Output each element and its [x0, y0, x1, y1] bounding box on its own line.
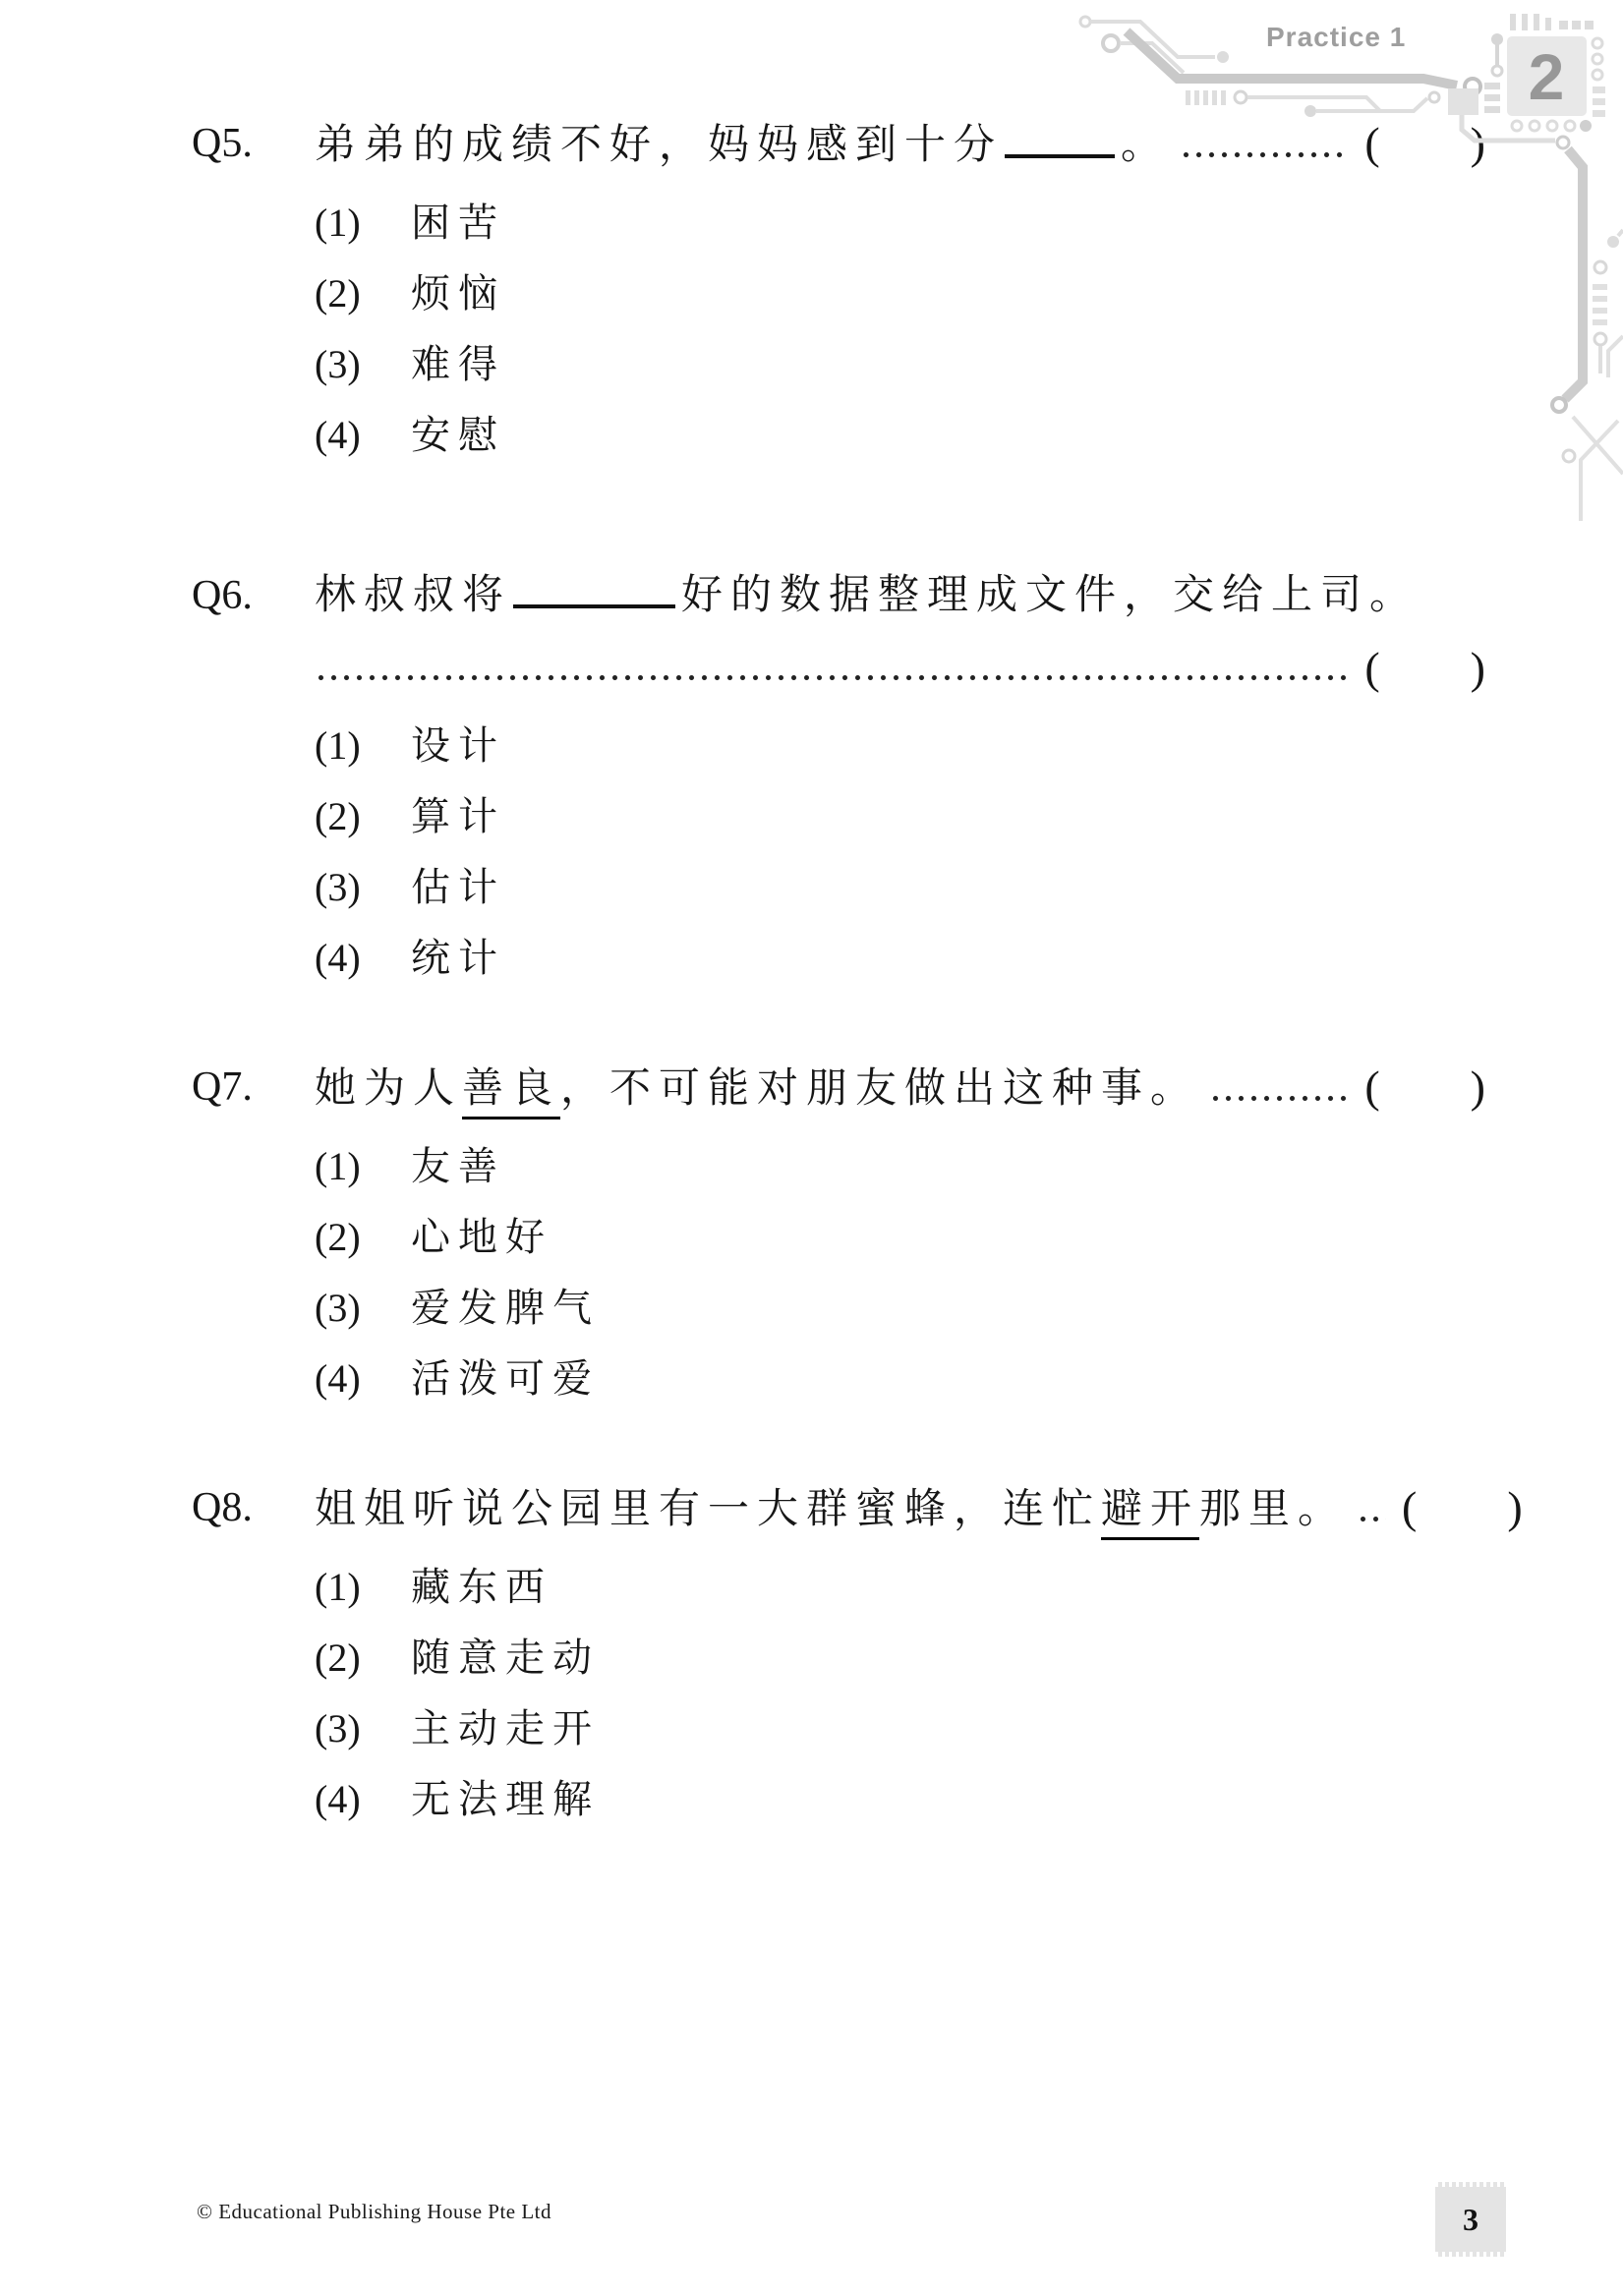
- underlined-word: 避开: [1101, 1487, 1199, 1540]
- option-row: (2) 算计: [315, 792, 1485, 841]
- question-label: Q5.: [192, 116, 315, 460]
- chip-icon: 2: [1484, 14, 1605, 132]
- option-number: (2): [315, 1634, 389, 1683]
- option-number: (3): [315, 1284, 389, 1333]
- option-row: (4) 无法理解: [315, 1775, 1485, 1824]
- option-text: 统计: [411, 934, 505, 983]
- option-row: (2) 随意走动: [315, 1634, 1485, 1683]
- option-number: (3): [315, 340, 389, 389]
- copyright-notice: © Educational Publishing House Pte Ltd: [197, 2200, 551, 2224]
- page-number: 3: [1463, 2202, 1478, 2238]
- option-number: (3): [315, 1704, 389, 1753]
- underlined-word: 善良: [462, 1066, 560, 1119]
- option-text: 烦恼: [411, 269, 505, 318]
- option-number: (1): [315, 1563, 389, 1612]
- option-text: 主动走开: [411, 1704, 600, 1753]
- option-number: (2): [315, 1213, 389, 1262]
- question-q6: Q6. 林叔叔将好的数据整理成文件，交给上司。 ( ) (1) 设计 (2) 算…: [0, 568, 1623, 983]
- option-text: 困苦: [411, 199, 505, 248]
- option-text: 友善: [411, 1142, 505, 1191]
- answer-paren-open: (: [1364, 641, 1379, 696]
- option-text: 爱发脾气: [411, 1284, 600, 1333]
- option-text: 心地好: [411, 1213, 552, 1262]
- option-row: (3) 爱发脾气: [315, 1284, 1485, 1333]
- option-text: 算计: [411, 792, 505, 841]
- option-number: (4): [315, 1775, 389, 1824]
- svg-text:2: 2: [1529, 40, 1565, 113]
- question-q8: Q8. 姐姐听说公园里有一大群蜜蜂，连忙避开那里。 ( ) (1) 藏东西 (2…: [0, 1480, 1623, 1824]
- question-text: 姐姐听说公园里有一大群蜜蜂，连忙避开那里。: [315, 1482, 1347, 1537]
- option-number: (2): [315, 269, 389, 318]
- option-row: (4) 统计: [315, 934, 1485, 983]
- option-number: (1): [315, 199, 389, 248]
- option-number: (4): [315, 1354, 389, 1404]
- option-text: 难得: [411, 340, 505, 389]
- option-row: (2) 心地好: [315, 1213, 1485, 1262]
- practice-title: Practice 1: [1266, 22, 1406, 53]
- circuit-decoration: 2: [983, 0, 1623, 531]
- answer-blank: [513, 604, 675, 608]
- option-text: 估计: [411, 863, 505, 912]
- answer-paren-close: ): [1471, 1060, 1485, 1115]
- answer-paren-open: (: [1364, 1060, 1379, 1115]
- option-row: (3) 估计: [315, 863, 1485, 912]
- question-text: 林叔叔将好的数据整理成文件，交给上司。: [315, 568, 1419, 623]
- dot-leader: [315, 657, 1349, 696]
- option-number: (1): [315, 1142, 389, 1191]
- question-label: Q6.: [192, 568, 315, 983]
- option-row: (3) 主动走开: [315, 1704, 1485, 1753]
- option-text: 设计: [411, 721, 505, 771]
- answer-paren-close: ): [1471, 641, 1485, 696]
- question-q7: Q7. 她为人善良，不可能对朋友做出这种事。 ( ) (1) 友善 (2) 心地…: [0, 1060, 1623, 1404]
- question-text: 她为人善良，不可能对朋友做出这种事。: [315, 1062, 1199, 1117]
- option-row: (1) 藏东西: [315, 1563, 1485, 1612]
- option-number: (4): [315, 411, 389, 460]
- dot-leader: [1209, 1077, 1349, 1117]
- option-text: 活泼可爱: [411, 1354, 600, 1404]
- question-label: Q8.: [192, 1480, 315, 1824]
- option-number: (4): [315, 934, 389, 983]
- option-row: (4) 活泼可爱: [315, 1354, 1485, 1404]
- question-label: Q7.: [192, 1060, 315, 1404]
- option-text: 藏东西: [411, 1563, 552, 1612]
- dot-leader: [1357, 1498, 1386, 1537]
- option-row: (1) 设计: [315, 721, 1485, 771]
- answer-paren-close: ): [1507, 1480, 1522, 1535]
- option-text: 安慰: [411, 411, 505, 460]
- option-row: (1) 友善: [315, 1142, 1485, 1191]
- option-number: (2): [315, 792, 389, 841]
- option-text: 无法理解: [411, 1775, 600, 1824]
- option-text: 随意走动: [411, 1634, 600, 1683]
- page-number-stamp: 3: [1435, 2182, 1506, 2257]
- answer-paren-open: (: [1402, 1480, 1417, 1535]
- option-number: (1): [315, 721, 389, 771]
- option-number: (3): [315, 863, 389, 912]
